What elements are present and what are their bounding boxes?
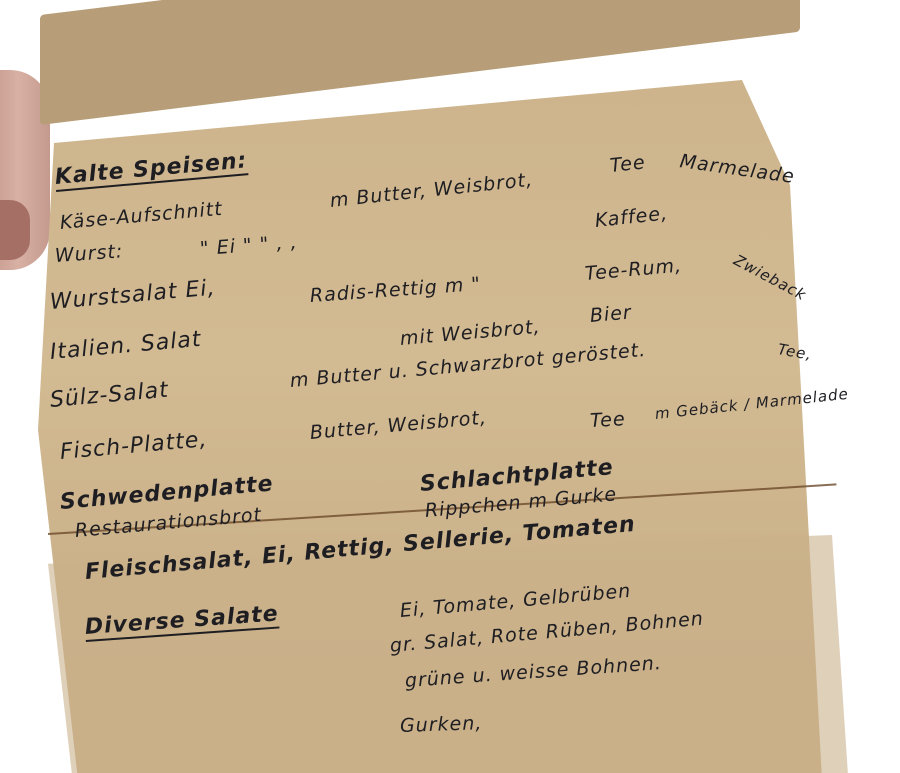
- drink: Tee: [609, 151, 647, 177]
- salad-line: Gurken,: [400, 712, 483, 737]
- drink: Tee: [589, 408, 626, 432]
- thumb-shadow: [0, 200, 30, 260]
- drink: Bier: [589, 301, 633, 327]
